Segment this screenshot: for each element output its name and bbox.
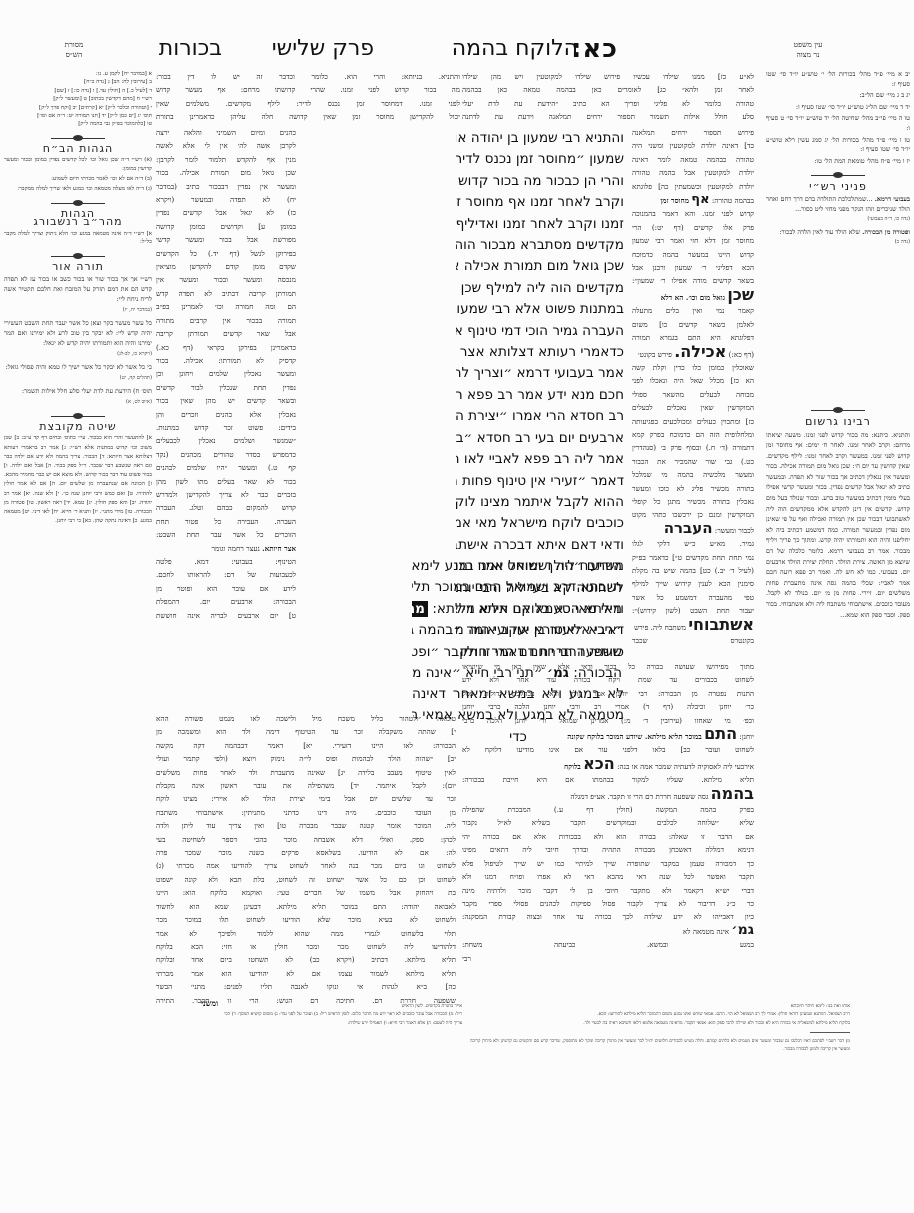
pnei-rashi-source: (נדה כו, ד״ה בעבועי) bbox=[766, 215, 910, 225]
rashi-bottom: מתוך מפירושו שעושה בכורה כל בכור ודאי אל… bbox=[462, 660, 754, 1004]
footer-left: אייר בתנרת בקדשים. לשון הראיש ריל: מ) הב… bbox=[62, 1003, 462, 1033]
ein-mishpat-label: עין משפט נר מצוה bbox=[778, 40, 838, 60]
tosafot-text: נעצר רחמה וגומר bbox=[212, 544, 260, 553]
divider-ornament bbox=[811, 407, 865, 413]
gemara-line: הודיעו ״הולך ושוחט ואינו נמנע לימא תיהוי bbox=[412, 556, 622, 577]
rashi-line: לכבור ומעשר: העברה bbox=[632, 522, 754, 537]
tosafot-line: בכור לא שאר בעלים מתו לשון מהן bbox=[156, 475, 296, 488]
tosafot-line: לידע אם עובר הוא ופוטר מן bbox=[156, 582, 296, 595]
rashi-line: (לעיל ד׳ יב.) כט] בהמה שיש בה מקלת bbox=[632, 564, 754, 577]
tosafot-line: בפירוקן לנשל (דף יד.) כל הקדשים bbox=[156, 247, 296, 260]
tosafot-line: קדוש להמקום כבהם וטלג. העברה bbox=[156, 501, 296, 514]
rashi-line: תקבר ואפשר לכל שנה דאי מהכא דאי לא אפרו … bbox=[462, 870, 754, 883]
tosafot-line: ומעשר נאכלין שלמים ויחונן וכן bbox=[156, 367, 296, 380]
rashi-column: פירוש תספור ירחים תמלאנה כד] דאינה יולדת… bbox=[632, 126, 754, 656]
mishnah-marker: מתני׳ bbox=[412, 601, 428, 617]
tosafot-line: תמורה בבכור אין קרבים מתורה bbox=[156, 314, 296, 327]
rashi-line: כד] דאינה יולדת למקוטעין ומשני היה bbox=[632, 139, 754, 152]
rashi-dibur-hamatchil: גמ׳ bbox=[731, 924, 754, 938]
gemara-line: רב חסדא הרי אמרו ״יצירת הוולד באשה bbox=[456, 406, 624, 427]
rashi-line: יולדת למקוטעין וכשמעתין כה] פלוגתא bbox=[632, 180, 754, 193]
tosafot-line: י] שהתה משקבלה זכר עד הטיטוף דימה ולד הו… bbox=[156, 725, 456, 738]
divider-ornament bbox=[51, 253, 105, 259]
rashi-text: (דף כא:) bbox=[729, 350, 754, 359]
tosafot-line: לכהן: ספק. ואולי דלא אשבחה מוכר בהכי דספ… bbox=[156, 833, 456, 846]
tosafot-line: ומעשר אין נפדין דבבכור כתיב (במדבר bbox=[156, 180, 296, 193]
rashi-dibur-hamatchil: התם bbox=[704, 727, 737, 743]
tosafot-line: קדסיק לא תמורתו: אכילה. בכור bbox=[156, 354, 296, 367]
perek-label: פרק שלישי bbox=[272, 36, 374, 61]
hagahot-habach-item: (ג) ד״ה לאו מעלה מטמאה וכו׳ במגע ולאו שר… bbox=[4, 185, 152, 193]
tosafot-line: כה] ב״א לגהות אי ונוקו לאנבה תליו לפנים:… bbox=[156, 980, 456, 993]
pnei-rashi-item: ופטורה מן הבכורה. שלא הולד עוד לאין הלדה… bbox=[766, 228, 910, 248]
divider-ornament bbox=[51, 135, 105, 141]
footer-rashi-line: דרב ושמואל. דמתנא שמעינן דודאי חולין: אמ… bbox=[470, 1011, 850, 1019]
tosafot-line: מפורשת אבל בכור ומעשר קדשי bbox=[156, 233, 296, 246]
gemara-line: ודאי דאם איתא דבכרה אישתבוחי הוה bbox=[456, 535, 624, 556]
gemara-line: ארבעים יום בעי רב חסדא ״בבהמה בכמה bbox=[456, 428, 624, 449]
mesoret-item: א [במדבר יח] לקמן ע. נז: bbox=[4, 70, 152, 78]
footer-catchword: ומשני bbox=[188, 998, 218, 1010]
gemara-line: זמנו וקרב לאחר זמנו ואדיליף מבכור גליף bbox=[456, 214, 624, 235]
rashi-line: מחוסר זמן דלא חזי ואמר רבי שמעון bbox=[632, 234, 754, 247]
ein-mishpat-item: יד ד מיי׳ שם הל״ג טוש״ע יו״ד סי׳ שטו סעי… bbox=[766, 103, 910, 113]
tosafot-line: הזוכרים כל אשר עבר תחת השבט: bbox=[156, 528, 296, 541]
ein-mishpat-item: טו ה מיי׳ פי״ב מהל׳ שחיטה הל׳ יד טוש״ע י… bbox=[766, 114, 910, 133]
masechet-title: בכורות bbox=[159, 36, 222, 61]
page-header: עין משפט נר מצוה כא: הלוקח בהמה פרק שליש… bbox=[0, 34, 914, 64]
mesoret-item: ב [עירובין לח: הב] ג [נדה כ״ח] bbox=[4, 78, 152, 86]
footer-left-line: ריל: מ) הבכורה אבל עובר כוכבים לא ראוי י… bbox=[62, 1011, 462, 1019]
tosafot-line: ״שמנשר ושלמים נאכלין לכבעלים bbox=[156, 434, 296, 447]
tosafot-line: ליה. המוכר אומר קטנה שבבר מבכרה טו] ואין… bbox=[156, 819, 456, 832]
gemara-line: כדאמרי רעותא דצלותא אצר חיותא ושמואל bbox=[456, 342, 624, 363]
gemara-line: ההוא לקבל איתמר מצינו לוקח מעובד bbox=[456, 492, 624, 513]
rashi-line: לשחוט בכבורים עד שמת ויקח בכורה עוד אחר … bbox=[462, 673, 754, 686]
tosafot-line: לה: אם לא הודיעו. בשלאסא פרקים בשנה מוכר… bbox=[156, 846, 456, 859]
rashi-line: קדוש היינו במעשר בהמה כדמוכח bbox=[632, 248, 754, 261]
tosafot-dibur-hamatchil: אצר חיותא. bbox=[262, 544, 296, 553]
torah-or-item: תוס׳ ח) הידעת עת לדת יעלי סלע חלל אילות … bbox=[4, 386, 152, 407]
gemara-text: מילתא הכא בלוקח תליא מילתא: bbox=[432, 601, 622, 617]
footer-right: אותו ואת בנו: לימא תיהוי תיובתא דרב ושמו… bbox=[470, 1003, 850, 1043]
rashi-line: תליא מילתא. שעליו למקור בבהמתו אם היא חי… bbox=[462, 773, 754, 786]
pnei-rashi-lemma: בעבועי דרמא. bbox=[875, 195, 910, 203]
ein-mishpat-item: יב א מיי׳ פ״ד מהל׳ בכורות הל׳ י׳ טוש״ע י… bbox=[766, 70, 910, 89]
footer-left-line: צריך היה לטעם: ה) אלא דאמר רבי חייא: ו) … bbox=[62, 1020, 462, 1028]
rashi-text: יוחנן: bbox=[739, 732, 754, 741]
mesoret-section: א [במדבר יח] לקמן ע. נז: ב [עירובין לח: … bbox=[4, 70, 152, 129]
rashi-line: לשחוט ועובר כב] בלאו דלפני עור אם אינו מ… bbox=[462, 743, 754, 756]
shita-mekubetzet-text: א] להתעשר והרי הוא כבכור. עיי׳ כתוס׳ ובח… bbox=[4, 434, 152, 526]
rashi-top: לא״ע כז] ממנו שילדו עכשיו פירוש שילדו למ… bbox=[462, 70, 754, 126]
gemara-line: אמר ליה רב פפא לאביי לאו היינו דזעירי bbox=[456, 449, 624, 470]
rashi-line: לאחר זמן ולהא״ כג] לאומרים כאן בבהמה טמא… bbox=[462, 83, 754, 96]
rashi-line: טהורה כלומר לא פליגי ופריך הא כתיב ״הידע… bbox=[462, 97, 754, 110]
rashi-line: מבוחה לבעלים מהשאר ספולי bbox=[632, 388, 754, 401]
gemara-line: במתנות פשוט אלא רבי שמעון העברה bbox=[456, 299, 624, 320]
pnei-rashi-item: בעבועי דרמא. ...שמתלכלכת התולדה בדם דרך … bbox=[766, 195, 910, 225]
gemara-line: העברה גמיר הוכי דמי טינוף אמר ג׳ ״רבא bbox=[456, 321, 624, 342]
tosafot-line: תלוי בלשחוט לגמרי ממה שהוא ללמוד ולפיכך … bbox=[156, 927, 456, 940]
tosafot-line: טומאה ״ולטהור כליל משכח מיל ולישכה לאו מ… bbox=[156, 712, 456, 725]
tosafot-line: מן העובד כוכבים. מ״ה דינו כדתני מתניתין:… bbox=[156, 806, 456, 819]
pnei-rashi-source: (נדה כ) bbox=[766, 238, 910, 248]
rashi-line: וכפ׳ מי שאחזו (עירובין ד׳ מ:) אמרינן שמו… bbox=[462, 714, 754, 727]
gemara-line: דאמר ״זעירי אין טינוף פחות משלשים יום bbox=[456, 471, 624, 492]
gemara-line: שמעון ״מחוסר זמן נכנס לדיר להתעשר ולא bbox=[456, 149, 624, 170]
mesoret-item: ד [לעיל כ.] ה [חולין עד.] ו [נדה כו:] ז … bbox=[4, 87, 152, 95]
rashi-line: כז] ומתכוין כעולים ומכולכעים בפגיעותה bbox=[632, 415, 754, 428]
rashi-line: דתמורה (ד׳ ח.) ובסוף פרק ב׳ (סנהדרין bbox=[632, 441, 754, 454]
rashi-line: כך דמכורה טעמן במקבר שתופרה שייך למיתיי … bbox=[462, 857, 754, 870]
tosafot-line: תמורתן קריבה דכתיב לא תפדה קדש bbox=[156, 287, 296, 300]
tosafot-line: מנכסה ומעשר ובכור ומעשר אין bbox=[156, 273, 296, 286]
tosafot-line: נאכלין אלא כהנים וזכרים והן bbox=[156, 408, 296, 421]
tosafot-line: הבכורה: ארבעים יום. דהמפלת bbox=[156, 595, 296, 608]
gemara-line: וקרב לאחר זמנו אף מחוסר זמן קדוש לפני bbox=[456, 192, 624, 213]
hagahot-maharav-subtitle: מהר״ב רנשבורג bbox=[4, 218, 152, 226]
rashi-line: שכן גואל מום וכו׳. הא דלא bbox=[632, 288, 754, 304]
divider-ornament bbox=[51, 413, 105, 419]
rashi-line: פרק אלו קדשים (דף יט:) הרי bbox=[632, 221, 754, 234]
spacer bbox=[766, 251, 910, 401]
torah-or-title: תורה אור bbox=[4, 263, 152, 271]
torah-or-source: (במדבר יח, יז) bbox=[4, 305, 152, 315]
rashi-line: בהמה גסה ששפעה חררת דם הרי זו תקבר. אע״פ… bbox=[462, 787, 754, 803]
tosafot-line: יום): לקבל איתמר. יד] משהפילה את עובר רא… bbox=[156, 779, 456, 792]
torah-or-verse: כי כל אשר לא יבקר כל אשר ישיך לו טמא והי… bbox=[6, 363, 152, 371]
rabbeinu-gershom-text: והתניא. כיתנא: מה בכור קדוש לפני זמנו. מ… bbox=[766, 430, 910, 621]
mesoret-item: י [וטהורה וכלכר ל״ק] יא [קרתים] יב [וקח … bbox=[4, 104, 152, 112]
rashi-line: רבי bbox=[462, 952, 754, 965]
rashi-line: כר כ״ג דדיבור לא צריך לקבור פסול ספיקות … bbox=[462, 897, 754, 910]
rashi-line: גמיר. מא״ע כ״ש דלקי לגלו bbox=[632, 537, 754, 550]
mesoret-item: רש״י ח [מהם דקדשין בכתוב] ט [ומעשר ל״ק] bbox=[4, 95, 152, 103]
tosafot-line: ובשאר קדשים יש מהן שאין בכור bbox=[156, 394, 296, 407]
rashi-line: בקונטרס שכבר bbox=[632, 634, 754, 647]
shita-mekubetzet-title: שיטה מקובצת bbox=[4, 423, 152, 431]
torah-or-source: (ויקרא כז, לב-לג) bbox=[4, 349, 152, 359]
tosafot-line: כדמפרש בסדר טהורים מכהנים (נקד bbox=[156, 448, 296, 461]
rashi-line: הכא דפליגי ר׳ שמעון ורבנן אבל bbox=[632, 261, 754, 274]
mishnah-line: ״רבי אליעזר בן יעקב אומר ״בהמה גסה bbox=[412, 620, 622, 641]
rashi-line: שליא ״שלוחה לכלבים ובמוקדשים תקבר בשליא … bbox=[462, 816, 754, 829]
tosafot-line: הבכורה: לאו היינו דזעירי. יא] דאמר דבבהמ… bbox=[156, 739, 456, 752]
rashi-line: בפרק בהמה המקשה (חולין דף ע.) המבכרת שהפ… bbox=[462, 803, 754, 816]
rashi-text: פירש בקונט׳ bbox=[638, 350, 672, 359]
tosafot-line: כדאמרינן בפירקן בקראי (דף כא.) bbox=[156, 341, 296, 354]
rashi-text: מחוסר זמן bbox=[660, 196, 689, 205]
pnei-rashi-lemma: ופטורה מן הבכורה. bbox=[862, 228, 910, 236]
tosafot-line: לפני זמנו. דמחוסר זמן נכנס לדיר: לילף מק… bbox=[156, 97, 460, 110]
tosafot-line: יכול להקדישן מחוסר זמן שאין קדושה חלה על… bbox=[156, 110, 460, 123]
pnei-rashi-text: שלא הולד עוד לאין הלדה לבכור: bbox=[779, 228, 860, 236]
rashi-line: אירכעי ליה לאסוקיה לדעתיה שמכר אמה או בנ… bbox=[462, 757, 754, 773]
tosafot-line: ט] יום ארבעים לבריה אינה חוששת bbox=[156, 609, 296, 622]
rashi-text: אירכעי ליה לאסוקיה לדעתיה שמכר אמה או בנ… bbox=[617, 762, 754, 771]
rashi-dibur-hamatchil: הכא bbox=[583, 757, 615, 773]
rashi-line: כר׳ יוחנן וכיבלה (דף ד) אמרי רב ורבי יוח… bbox=[462, 700, 754, 713]
rashi-line: ומעשר מלכשיה בהמה מי שמלכל bbox=[632, 468, 754, 481]
hagahot-habach-title: הגהות הב״ח bbox=[4, 145, 152, 153]
torah-or-item: כל עשר מעשר בקר וצאן כל אשר יעבר תחת השב… bbox=[4, 318, 152, 359]
rashi-text: בלוקח bbox=[564, 762, 581, 771]
rashi-line: דפלוגתא היא התם בגמרא תמורה bbox=[632, 331, 754, 344]
rashi-line: אשתבוחי משתבח ליה. פירש bbox=[632, 618, 754, 634]
rashi-text: במוכר תליא מילתא. שיודע המוכר בלוקח שקונ… bbox=[567, 732, 702, 741]
gemara-line: חכם מנא ידע אמר רב פפא רועה חכם אמר bbox=[456, 385, 624, 406]
gemara-line: והתניא רבי שמעון בן יהודה אומר משום רבי bbox=[456, 128, 624, 149]
tosafot-line: מה בכור קדוש לפני זמנו. שהרי קדושתו מרחם… bbox=[156, 83, 460, 96]
chapter-title: הלוקח בהמה bbox=[452, 36, 578, 61]
mesoret-item: טו [כלהמוכר בפ״ק גבי בהמה ל״ק] bbox=[4, 120, 152, 128]
tosafot-line: לשחוט וכן כם כל אשר ישחוט זה לשחוט, בלת … bbox=[156, 873, 456, 886]
rashi-line: קדוש לפני זמנו. והא דאמר בהמנוכה bbox=[632, 207, 754, 220]
tosafot-line: הטינוף: בעבועי: דמא. פלטה bbox=[156, 555, 296, 568]
tosafot-line: לאין טיטוף מעבב בלידה יג] שאינה מתעברת ו… bbox=[156, 766, 456, 779]
tosafot-line: כהנים ומיום השמיני והלאה ירצה bbox=[156, 126, 296, 139]
tosafot-line: ולשחוט לא בעיא מוכר שלא הודיעו לשחוט תלו… bbox=[156, 913, 456, 926]
rashi-dibur-hamatchil: אכילה. bbox=[674, 345, 726, 361]
torah-or-verse: כל עשר מעשר בקר וצאן כל אשר יעבר תחת השב… bbox=[4, 319, 152, 347]
torah-or-source: (תהלים קה, יט) bbox=[4, 373, 152, 383]
rashi-line: התנות נפטרה מן הבכורה: רבי יוחנן אמר חול… bbox=[462, 687, 754, 700]
rashi-line: לא״ע כז] ממנו שילדו עכשיו פירוש שילדו למ… bbox=[462, 70, 754, 83]
footer-rashi-line: אותו ואת בנו: לימא תיהוי תיובתא bbox=[470, 1003, 850, 1011]
tosafot-line: לקרבן אשה לה׳ אין לי אלא לאשה bbox=[156, 139, 296, 152]
tosafot-line: דלהודיעו ליה לשחוט מכר ומכר חולין או חזי… bbox=[156, 940, 456, 953]
rashi-line: קאמר נמי ואין בלים מתעלה bbox=[632, 304, 754, 317]
divider-ornament bbox=[51, 200, 105, 206]
tosafot-line: מנין אף להקדש תלמוד לומר לקרבן: bbox=[156, 153, 296, 166]
rashi-line: טפי מהעברה דמשמע כל אשר bbox=[632, 591, 754, 604]
tosafot-column: כהנים ומיום השמיני והלאה ירצה לקרבן אשה … bbox=[156, 126, 296, 656]
rashi-text: גואל מום וכו׳. הא דלא bbox=[661, 293, 725, 302]
tosafot-line: יח) לא תפדה ובמעשר (ויקרא bbox=[156, 193, 296, 206]
tosafot-line: תליא מילתא לשמור עצמו אם לא יהודיעו הוא … bbox=[156, 967, 456, 980]
rashi-dibur-hamatchil: בהמה bbox=[711, 787, 754, 803]
rashi-line: יולדת למקוטעין אבל בהמה טהורה bbox=[632, 166, 754, 179]
rashi-line: יעבור תחת השבט (לשון קידוש)״: bbox=[632, 604, 754, 617]
tosafot-top: והתניא. בניותא: והרי הוא. כלומר וכדבר זה… bbox=[156, 70, 460, 126]
rashi-line: טהורה כבהמה טמאה לומר דאינה bbox=[632, 153, 754, 166]
rashi-line: בבהמה טהורה: אף מחוסר זמן bbox=[632, 193, 754, 207]
tosafot-line: אצר חיותא. נעצר רחמה וגומר bbox=[156, 542, 296, 555]
tosafot-line: שקדם מומן קודם להקדשן מוציאין bbox=[156, 260, 296, 273]
gemara-line: כוכבים לוקח מישראל מאי אמר רב בכור bbox=[456, 513, 624, 534]
rashi-text: גסה ששפעה חררת דם הרי זו תקבר. אע״פ דמגל… bbox=[570, 792, 708, 801]
tosafot-line: בזכרים כבר לא צריך להקדישן ולמדרש bbox=[156, 488, 296, 501]
torah-or-source: (איוב לט, א) bbox=[4, 397, 152, 407]
pnei-rashi-section: בעבועי דרמא. ...שמתלכלכת התולדה בדם דרך … bbox=[766, 195, 910, 248]
left-margin: א [במדבר יח] לקמן ע. נז: ב [עירובין לח: … bbox=[4, 70, 152, 1010]
rashi-line: גמ׳ אינה מטמאה לא bbox=[462, 924, 754, 938]
tosafot-bottom: טומאה ״ולטהור כליל משכח מיל ולישכה לאו מ… bbox=[156, 712, 456, 1004]
tosafot-line: נפדין תחת שנכלין לבור קדשים bbox=[156, 381, 296, 394]
rashi-line: המוקדשין ומנם כן ירכשכו כתהי מקוט bbox=[632, 508, 754, 521]
rashi-line: בתורה מכשיר פליג לא כוכו ומעשר bbox=[632, 482, 754, 495]
tosafot-line: והתניא. בניותא: והרי הוא. כלומר וכדבר זה… bbox=[156, 70, 460, 83]
tosafot-line: במומן ע] וקדושים כמומן קדושה bbox=[156, 220, 296, 233]
torah-or-verse: רש״י אך אך בכור שור או בכור כשב או בכור … bbox=[4, 275, 152, 303]
rashi-line: דברי יש״א דקאמר ולא מתקבר חיובי בן לי דק… bbox=[462, 884, 754, 897]
rashi-line: המוקדשין שאין נאכלים לבעלים bbox=[632, 401, 754, 414]
rashi-dibur-hamatchil: אף bbox=[691, 193, 709, 207]
rashi-line: יוחנן: התם במוכר תליא מילתא. שיודע המוכר… bbox=[462, 727, 754, 743]
tosafot-line: הם ומה חמורה וכו׳ לאמרינן בפ״ב bbox=[156, 300, 296, 313]
footer-left-line: אייר בתנרת בקדשים. לשון הראיש bbox=[62, 1003, 462, 1011]
tosafot-line: בידים: פשוט זכר קדוש במתנות. bbox=[156, 421, 296, 434]
gemara-line: תיובתא דרב ושמואל התם במוכר תליא bbox=[412, 577, 622, 598]
tosafot-line: יב] ״שהוה הולד לבהמות ופוס לי״ה נימוק וי… bbox=[156, 752, 456, 765]
hagahot-maharav-item: א] רש״י ד״ה אינה מטמאה במגע וכו׳ הלא נית… bbox=[4, 230, 152, 247]
mesoret-label: מסורת הש״ס bbox=[44, 40, 104, 60]
rashi-line: כט.) גבי שור שהמכיר את הכבור bbox=[632, 455, 754, 468]
tosafot-line: קף ט.) ומעשר ״היו שלמים לכהנים bbox=[156, 461, 296, 474]
rashi-line: נמי תחת תחת מקדשים ט״] כדאמר בפ״ק bbox=[632, 551, 754, 564]
rashi-line: מתוך מפירושו שעושה בכורה כל בכור ודאי אל… bbox=[462, 660, 754, 673]
torah-or-item: כי כל אשר לא יבקר כל אשר ישיך לו טמא והי… bbox=[4, 362, 152, 383]
pnei-rashi-title: פניני רש״י bbox=[766, 182, 910, 192]
footnote: מ) דבר רשב״י לסתכם דאיז רבלנכו גם שבכור … bbox=[470, 1038, 850, 1058]
ein-mishpat-section: יב א מיי׳ פ״ד מהל׳ בכורות הל׳ י׳ טוש״ע י… bbox=[766, 70, 910, 166]
torah-or-item: רש״י אך אך בכור שור או בכור כשב או בכור … bbox=[4, 274, 152, 315]
tosafot-line: כז) לא יגאל אבל קדשים נפדין bbox=[156, 206, 296, 219]
rashi-dibur-hamatchil: אשתבוחי bbox=[688, 618, 754, 634]
rashi-text: בבהמה טהורה: bbox=[712, 196, 754, 205]
rashi-line: אם הדבר זו שאלה: בכורה הוא ולא בבכורות א… bbox=[462, 830, 754, 843]
ein-mishpat-item: יג ב ג מיי׳ שם הל״ב: bbox=[766, 91, 910, 101]
tosafot-line: לשחוט וגו ביום מכר בנה לאחר לשחוט צריך ל… bbox=[156, 859, 456, 872]
gemara-line: מקדשים הוה ליה למילף שכן ג׳ זכר קדוש bbox=[456, 278, 624, 299]
tosafot-line: לכעבועות של דם: להראותו לחכם. bbox=[156, 568, 296, 581]
rashi-line: (דף כא:) אכילה. פירש בקונט׳ bbox=[632, 345, 754, 361]
gemara-line: אמר בעבועי דרמא ״וצריך להראותו לחכם bbox=[456, 363, 624, 384]
rashi-line: שאוכלין כמומן כלו כדין וקלת קשה bbox=[632, 361, 754, 374]
ein-mishpat-item: יז ו מיי׳ פ״ח מהל׳ טומאת המת הל׳ טו: bbox=[766, 157, 910, 167]
tosafot-line: תליא מילתא. דכתיב (ויקרא כב) לא תשחטו בי… bbox=[156, 953, 456, 966]
rashi-line: ומלחלופית הזה הם כדמוכח בפרק קמא bbox=[632, 428, 754, 441]
rashi-line: דנימא דמללה דאשכחן מבכורה התהיה ובדרך חי… bbox=[462, 843, 754, 856]
rashi-line: כיון דאבייהו לא ידע שילדה לכך בכורה עד א… bbox=[462, 910, 754, 923]
rashi-text: משתבח ליה. פירש bbox=[634, 623, 686, 632]
rashi-dibur-hamatchil: שכן bbox=[727, 288, 754, 304]
tosafot-line: לאבואה יהודה: התם במוכר תליא מילתא. דבעי… bbox=[156, 900, 456, 913]
rashi-line: במגע ובמשא. כביעתה משחת: bbox=[462, 938, 754, 951]
ein-mishpat-item: טז ו מיי׳ פ״ד מהל׳ בכורות הל׳ יג סמג עשי… bbox=[766, 136, 910, 155]
hagahot-habach-item: (א) רש״י ד״ה שכן גואל וכו׳ לכל קדשים נפד… bbox=[4, 156, 152, 173]
divider-ornament bbox=[811, 172, 865, 178]
gemara-line: שכן גואל מום תמורת אכילה אדרבה bbox=[456, 256, 624, 277]
rashi-line: לאלמן כשאר קדשים כו] משום bbox=[632, 318, 754, 331]
rashi-text: אינה מטמאה לא bbox=[683, 927, 729, 936]
rashi-line: סימנין הכא לענין קידוש שייך למילף bbox=[632, 577, 754, 590]
tosafot-line: שכן גואל מום תמורת אכילה. בכור bbox=[156, 166, 296, 179]
torah-or-verse: תוס׳ ח) הידעת עת לדת יעלי סלע חלל אילות … bbox=[22, 387, 152, 395]
rashi-text: לכבור ומעשר: bbox=[715, 526, 754, 535]
right-margin: יב א מיי׳ פ״ד מהל׳ בכורות הל׳ י׳ טוש״ע י… bbox=[766, 70, 910, 1010]
footnote-divider bbox=[810, 1032, 850, 1033]
tosafot-line: זכר עד שלשים יום אבל בימי יצירת הולד לא … bbox=[156, 792, 456, 805]
rashi-line: פירוש תספור ירחים תמלאנה bbox=[632, 126, 754, 139]
tosafot-line: העברה. העבירה כל פטור תחת bbox=[156, 515, 296, 528]
gemara-line: והרי הן כבכור מה בכור קדוש לפני זמנו bbox=[456, 171, 624, 192]
rashi-line: בשאר קדשים מודה אפילו ר׳ שמעון״: bbox=[632, 274, 754, 287]
gemara-line: מקדשים מסתברא מבכור הוה ליה למילף bbox=[456, 235, 624, 256]
mesoret-item: תוס׳ יג [ים כמן ל״ק] יד [חנו תמורה יט: ד… bbox=[4, 112, 152, 120]
rabbeinu-gershom-title: רבינו גרשום bbox=[766, 417, 910, 427]
rashi-line: הא כז] מכלל שאל היה ונאכלו לפני bbox=[632, 374, 754, 387]
rashi-line: נאכלין בתורה מכשיר מתגן כל קופלי bbox=[632, 495, 754, 508]
rashi-dibur-hamatchil: העברה bbox=[664, 522, 713, 537]
tosafot-line: אבל שאר קדשים תמורתן קריבה bbox=[156, 327, 296, 340]
hagahot-habach-item: (ב) ד״ה אם לא וכו׳ לאמר מכרתי חיום לשמוע… bbox=[4, 175, 152, 183]
gemara-line: מילתא הכא בלוקח תליא מילתא: מתני׳ bbox=[412, 599, 622, 620]
tosafot-line: בת ויהחזק אבל משמו של חברים טעי: ואוקמא … bbox=[156, 886, 456, 899]
rashi-line: סלע חולל אילות תשמור תספור ירחים תמלאנה … bbox=[462, 110, 754, 123]
footer-rashi-line: בלוקח תליא מילתא למשאליה אי בכורה היא לא… bbox=[470, 1020, 850, 1028]
